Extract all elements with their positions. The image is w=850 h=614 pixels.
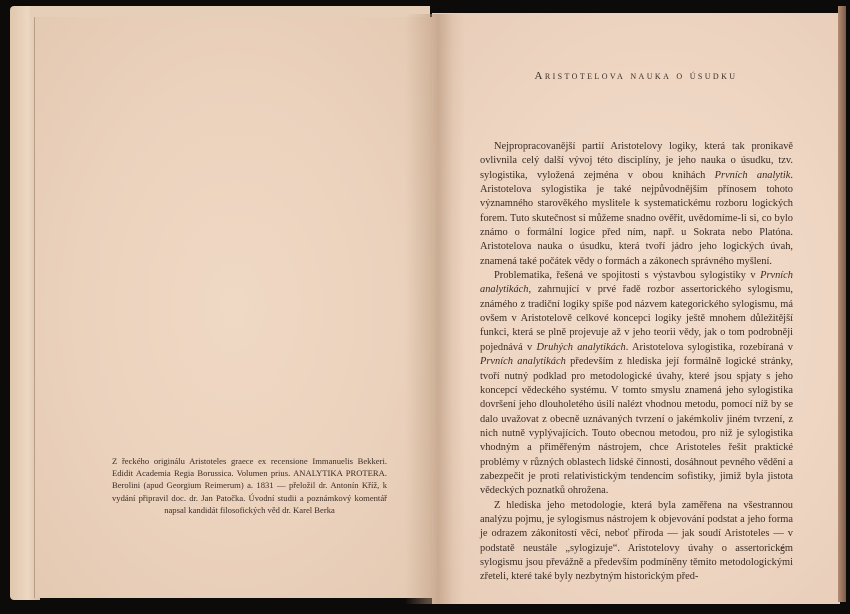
book-title-italic: Druhých analytikách [537,342,626,353]
book-title-italic: Prvních analytik [715,170,791,181]
book-cover-edge [838,6,846,602]
open-book: Z řeckého originálu Aristoteles graece e… [0,0,850,614]
page-number: 5 [780,546,785,557]
paragraph-3: Z hlediska jeho metodologie, která byla … [480,499,793,585]
book-title-italic: Prvních analytikách [480,356,566,367]
paragraph-2: Problematika, řešená ve spojitosti s výs… [480,269,793,499]
body-text: Nejpropracovanější partií Aristotelovy l… [480,140,793,585]
chapter-title: Aristotelova nauka o úsudku [432,70,840,82]
colophon: Z řeckého originálu Aristoteles graece e… [112,455,387,516]
paragraph-1: Nejpropracovanější partií Aristotelovy l… [480,140,793,269]
colophon-text: Z řeckého originálu Aristoteles graece e… [112,455,387,516]
